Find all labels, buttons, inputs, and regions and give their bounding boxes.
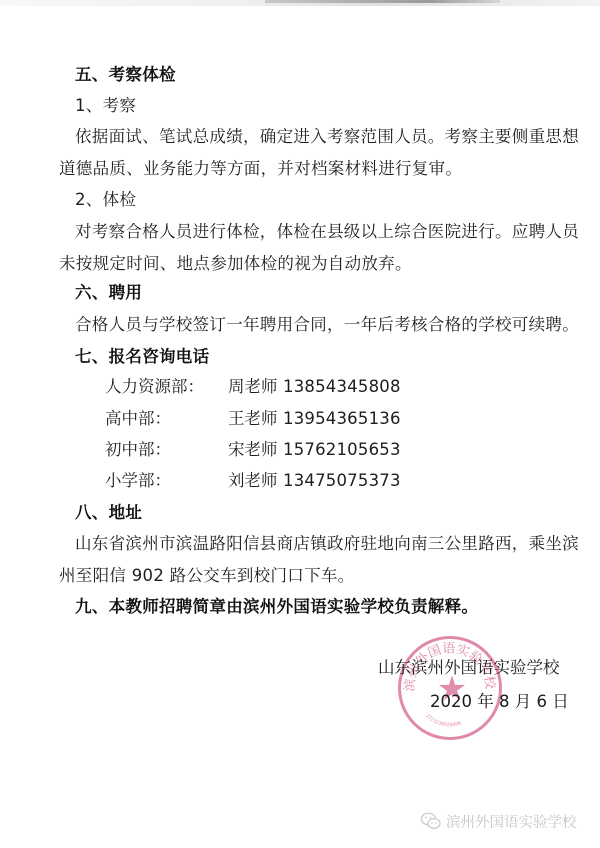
subsection-title-medical: 2、体检	[75, 190, 136, 210]
signature-org: 山东滨州外国语实验学校	[378, 658, 560, 678]
paragraph-line: 依据面试、笔试总成绩，确定进入考察范围人员。考察主要侧重思想	[75, 127, 579, 147]
contact-phone: 13475075373	[283, 471, 401, 491]
contact-dept: 高中部：	[105, 409, 171, 429]
contact-dept: 小学部：	[105, 471, 171, 491]
svg-text:3723230020496: 3723230020496	[424, 713, 462, 728]
paragraph-line: 州至阳信 902 路公交车到校门口下车。	[59, 566, 354, 586]
contact-phone: 13954365136	[283, 409, 401, 429]
official-seal: 滨州外国语实验学校 3723230020496 ★	[398, 636, 502, 740]
paragraph-line: 山东省滨州市滨温路阳信县商店镇政府驻地向南三公里路西，乘坐滨	[75, 534, 579, 554]
section-heading-7: 七、报名咨询电话	[75, 347, 209, 367]
wechat-icon	[420, 811, 442, 831]
contact-name: 周老师	[228, 377, 278, 397]
section-heading-9: 九、本教师招聘简章由滨州外国语实验学校负责解释。	[75, 597, 478, 617]
contact-phone: 13854345808	[283, 377, 401, 397]
contact-name: 宋老师	[228, 440, 278, 460]
contact-name: 王老师	[228, 409, 278, 429]
paragraph-line: 未按规定时间、地点参加体检的视为自动放弃。	[59, 254, 412, 274]
section-heading-6: 六、聘用	[75, 283, 142, 303]
section-heading-5: 五、考察体检	[75, 65, 176, 85]
contact-phone: 15762105653	[283, 440, 401, 460]
subsection-title-inspection: 1、考察	[75, 96, 136, 116]
section-heading-8: 八、地址	[75, 503, 142, 523]
contact-dept: 初中部：	[105, 440, 171, 460]
scan-artifact-bar	[265, 0, 500, 3]
wechat-watermark: 滨州外国语实验学校	[420, 810, 577, 832]
signature-date: 2020 年 8 月 6 日	[430, 692, 569, 712]
contact-dept: 人力资源部：	[105, 377, 204, 397]
paragraph-line: 对考察合格人员进行体检，体检在县级以上综合医院进行。应聘人员	[75, 222, 579, 242]
paragraph-line: 合格人员与学校签订一年聘用合同，一年后考核合格的学校可续聘。	[75, 315, 579, 335]
watermark-text: 滨州外国语实验学校	[446, 811, 577, 832]
paragraph-line: 道德品质、业务能力等方面，并对档案材料进行复审。	[59, 159, 462, 179]
contact-name: 刘老师	[228, 471, 278, 491]
